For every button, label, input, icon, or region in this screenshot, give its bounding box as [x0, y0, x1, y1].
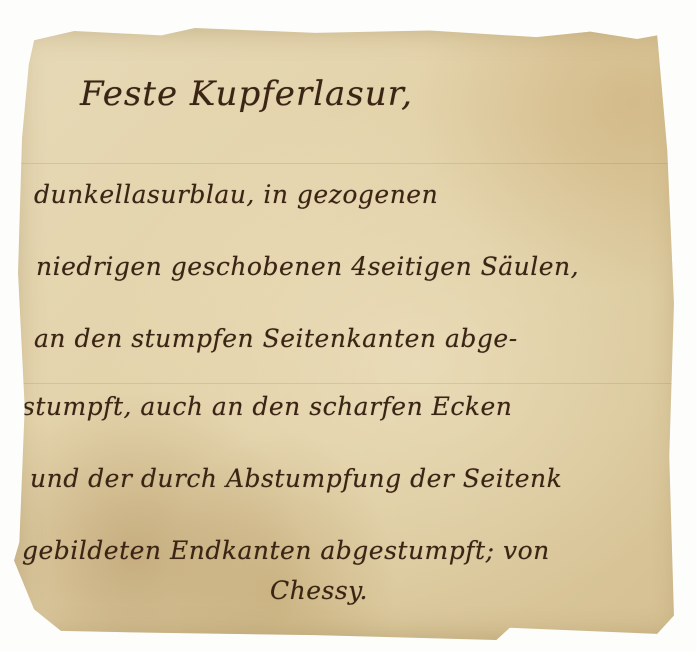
text-line-5: und der durch Abstumpfung der Seitenk — [30, 464, 562, 493]
aged-paper-note: Feste Kupferlasur, dunkellasurblau, in g… — [14, 28, 684, 640]
text-line-3: an den stumpfen Seitenkanten abge- — [34, 324, 518, 353]
photo-stage: Feste Kupferlasur, dunkellasurblau, in g… — [0, 0, 697, 652]
locality-signature: Chessy. — [270, 576, 368, 605]
note-title: Feste Kupferlasur, — [80, 74, 413, 114]
text-line-2: niedrigen geschobenen 4seitigen Säulen, — [36, 252, 579, 281]
text-line-6: gebildeten Endkanten abgestumpft; von — [22, 536, 550, 565]
handwritten-text: Feste Kupferlasur, dunkellasurblau, in g… — [14, 28, 684, 640]
text-line-4: stumpft, auch an den scharfen Ecken — [22, 392, 512, 421]
text-line-1: dunkellasurblau, in gezogenen — [34, 180, 438, 209]
